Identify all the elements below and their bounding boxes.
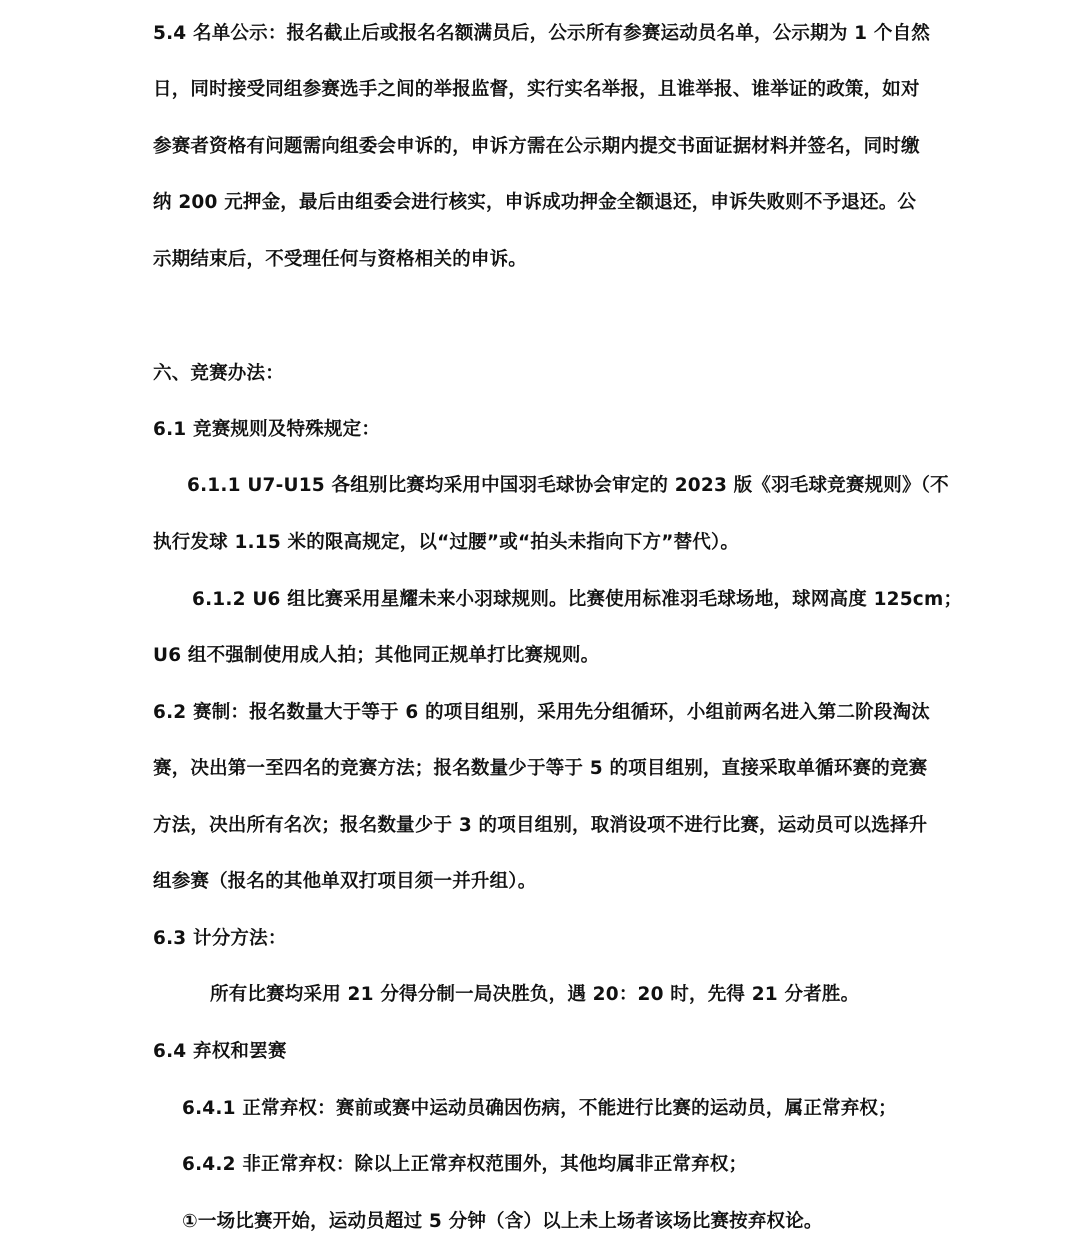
- section-6-3-heading: 6.3 计分方法：: [153, 927, 933, 951]
- paragraph-6-2-line-2: 赛，决出第一至四名的竞赛方法；报名数量少于等于 5 的项目组别，直接采取单循环赛…: [153, 757, 933, 781]
- paragraph-5-4-line-3: 参赛者资格有问题需向组委会申诉的，申诉方需在公示期内提交书面证据材料并签名，同时…: [153, 135, 933, 159]
- paragraph-5-4-line-4: 纳 200 元押金，最后由组委会进行核实，申诉成功押金全额退还，申诉失败则不予退…: [153, 191, 933, 215]
- paragraph-6-1-2-line-2: U6 组不强制使用成人拍；其他同正规单打比赛规则。: [153, 644, 933, 668]
- paragraph-6-1-1-line-1: 6.1.1 U7-U15 各组别比赛均采用中国羽毛球协会审定的 2023 版《羽…: [187, 474, 967, 498]
- paragraph-6-2-line-4: 组参赛（报名的其他单双打项目须一并升组）。: [153, 870, 933, 894]
- section-6-heading: 六、竞赛办法：: [153, 362, 933, 386]
- section-6-1-heading: 6.1 竞赛规则及特殊规定：: [153, 418, 933, 442]
- paragraph-6-2-line-3: 方法，决出所有名次；报名数量少于 3 的项目组别，取消设项不进行比赛，运动员可以…: [153, 814, 933, 838]
- list-item-1: ①一场比赛开始，运动员超过 5 分钟（含）以上未上场者该场比赛按弃权论。: [182, 1210, 962, 1234]
- paragraph-6-3-body: 所有比赛均采用 21 分得分制一局决胜负，遇 20：20 时，先得 21 分者胜…: [210, 983, 990, 1007]
- paragraph-6-1-2-line-1: 6.1.2 U6 组比赛采用星耀未来小羽球规则。比赛使用标准羽毛球场地，球网高度…: [192, 588, 972, 612]
- section-6-4-heading: 6.4 弃权和罢赛: [153, 1040, 933, 1064]
- paragraph-5-4-line-2: 日，同时接受同组参赛选手之间的举报监督，实行实名举报，且谁举报、谁举证的政策，如…: [153, 78, 933, 102]
- paragraph-5-4-line-5: 示期结束后，不受理任何与资格相关的申诉。: [153, 248, 933, 272]
- paragraph-6-2-line-1: 6.2 赛制：报名数量大于等于 6 的项目组别，采用先分组循环，小组前两名进入第…: [153, 701, 933, 725]
- paragraph-6-4-2: 6.4.2 非正常弃权：除以上正常弃权范围外，其他均属非正常弃权；: [182, 1153, 962, 1177]
- paragraph-6-1-1-line-2: 执行发球 1.15 米的限高规定，以“过腰”或“拍头未指向下方”替代）。: [153, 531, 933, 555]
- paragraph-6-4-1: 6.4.1 正常弃权：赛前或赛中运动员确因伤病，不能进行比赛的运动员，属正常弃权…: [182, 1097, 962, 1121]
- document-page: 5.4 名单公示：报名截止后或报名名额满员后，公示所有参赛运动员名单，公示期为 …: [0, 0, 1080, 1250]
- paragraph-5-4-line-1: 5.4 名单公示：报名截止后或报名名额满员后，公示所有参赛运动员名单，公示期为 …: [153, 22, 933, 46]
